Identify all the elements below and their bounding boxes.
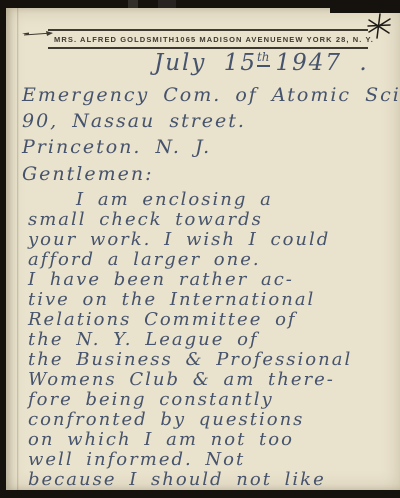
date-year: 1947 . xyxy=(276,50,369,76)
body-line: tive on the International xyxy=(28,290,400,310)
body-line: afford a larger one. xyxy=(28,250,400,270)
asterisk-icon xyxy=(366,12,392,45)
scan-edge xyxy=(330,0,400,13)
body-line: confronted by questions xyxy=(28,410,400,430)
letterhead-city: NEW YORK 28, N. Y. xyxy=(283,35,374,44)
body-line: Relations Committee of xyxy=(28,310,400,330)
letter-paper: MRS. ALFRED GOLDSMITH 1065 MADISON AVENU… xyxy=(6,8,400,490)
body-line: the N. Y. League of xyxy=(28,330,400,350)
body-line: on which I am not too xyxy=(28,430,400,450)
date-day: July 15 xyxy=(154,50,257,76)
body-line: I am enclosing a xyxy=(28,190,400,210)
recipient-line: Princeton. N. J. xyxy=(22,134,400,160)
recipient-line: Emergency Com. of Atomic Scientists xyxy=(22,82,400,108)
date-line: July 15th1947 . xyxy=(154,50,369,76)
scanned-letter: MRS. ALFRED GOLDSMITH 1065 MADISON AVENU… xyxy=(0,0,400,498)
body-line: fore being constantly xyxy=(28,390,400,410)
body-line: the Business & Professional xyxy=(28,350,400,370)
body-line: small check towards xyxy=(28,210,400,230)
date-ordinal: th xyxy=(257,50,270,67)
body-line: your work. I wish I could xyxy=(28,230,400,250)
body-line: because I should not like xyxy=(28,470,400,490)
letterhead-name: MRS. ALFRED GOLDSMITH xyxy=(54,35,175,44)
body-line: well informed. Not xyxy=(28,450,400,470)
body-line: I have been rather ac- xyxy=(28,270,400,290)
salutation: Gentlemen: xyxy=(22,161,400,187)
letterhead: MRS. ALFRED GOLDSMITH 1065 MADISON AVENU… xyxy=(48,29,368,49)
letter-body: I am enclosing a small check towards you… xyxy=(28,190,400,490)
letterhead-street: 1065 MADISON AVENUE xyxy=(175,35,283,44)
paper-crease xyxy=(17,8,19,490)
recipient-block: Emergency Com. of Atomic Scientists 90, … xyxy=(22,82,400,187)
recipient-line: 90, Nassau street. xyxy=(22,108,400,134)
body-line: Womens Club & am there- xyxy=(28,370,400,390)
